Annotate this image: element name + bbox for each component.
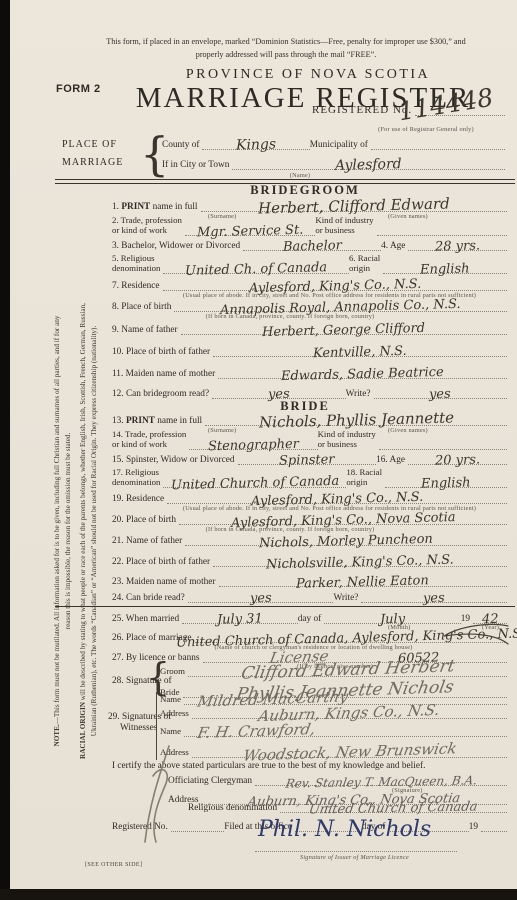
field-24-write-label: Write?: [333, 593, 361, 603]
field-12-label: 12. Can bridegroom read?: [112, 389, 212, 399]
field-11-label: 11. Maiden name of mother: [112, 369, 218, 379]
issuer-signature: Phil. N. Nichols: [258, 819, 431, 841]
marriage-section-divider: [55, 606, 515, 607]
field-18-label: 18. Racialorigin: [346, 467, 385, 488]
field-14-line: Stenographer: [189, 439, 317, 450]
field-4-label: 4. Age: [381, 241, 408, 251]
field-9-label: 9. Name of father: [112, 325, 181, 335]
denomination-label: Religious denomination: [188, 803, 280, 813]
field-7-line: Aylesford, King's Co., N.S.: [163, 280, 507, 291]
margin-racial-line1: RACIAL ORIGIN will be described by stati…: [78, 220, 89, 842]
mail-notice-line1: This form, if placed in an envelope, mar…: [70, 36, 502, 49]
field-19-row: 19. Residence Aylesford, King's Co., N.S…: [112, 489, 507, 504]
witness2-name-line: F. H. Crawford,: [184, 724, 507, 737]
witness1-address-row: Address Auburn, Kings Co., N.S.: [160, 704, 507, 719]
field-17-18-row: 17. Religiousdenomination United Church …: [112, 468, 507, 488]
field-8-label: 8. Place of birth: [112, 302, 174, 312]
place-of-label: PLACE OF: [62, 139, 117, 150]
field-19-line: Aylesford, King's Co., N.S.: [167, 493, 507, 504]
witness2-name-label: Name: [160, 727, 184, 737]
witness2-address-row: Address Woodstock, New Brunswick: [160, 743, 507, 758]
field-5-6-row: 5. Religiousdenomination United Ch. of C…: [112, 254, 507, 274]
field-12-write-line: yes: [374, 388, 508, 399]
field-23-label: 23. Maiden name of mother: [112, 577, 219, 587]
field-6-value: English: [420, 262, 470, 276]
clergyman-signature: Rev. Stanley T. MacQueen, B.A.: [284, 774, 477, 789]
field-7-label: 7. Residence: [112, 281, 163, 291]
footer-year-line: [481, 831, 507, 832]
county-field: Kings: [202, 138, 309, 150]
county-label: County of: [162, 140, 202, 150]
county-value: Kings: [236, 137, 276, 152]
witness1-address-label: Address: [160, 709, 192, 719]
field-24-label: 24. Can bride read?: [112, 593, 188, 603]
field-4-line: 28 yrs.: [408, 240, 507, 251]
field-9-line: Herbert, George Clifford: [181, 324, 507, 335]
field-14-label: 14. Trade, professionor kind of work: [112, 429, 189, 450]
field-4-value: 28 yrs.: [435, 239, 480, 253]
field-16-label: 16. Age: [376, 455, 408, 465]
registered-caption: (For use of Registrar General only): [345, 126, 507, 133]
field-16-line: 20 yrs.: [408, 454, 507, 465]
field-23-row: 23. Maiden name of mother Parker, Nellie…: [112, 572, 507, 587]
field-20-label: 20. Place of birth: [112, 515, 179, 525]
see-other-side-note: [SEE OTHER SIDE]: [85, 862, 142, 868]
field-24-line: yes: [188, 592, 334, 603]
field-24-write-line: yes: [361, 592, 507, 603]
mail-notice-line2: properly addressed will pass through the…: [70, 49, 502, 62]
field-12-write-label: Write?: [346, 389, 374, 399]
field-12-row: 12. Can bridegroom read? yes Write? yes: [112, 384, 507, 399]
footer-year-prefix: 19: [469, 822, 481, 832]
field-13-line: Nichols, Phyllis Jeannette: [205, 413, 507, 426]
field-10-line: Kentville, N.S.: [213, 346, 507, 357]
field-1-row: 1. PRINT name in full Herbert, Clifford …: [112, 196, 507, 212]
field-25-dayof-label: day of: [298, 614, 325, 624]
field-29-label2: Witnesses: [120, 723, 157, 733]
field-14-mid-label: Kind of industryor business: [318, 429, 379, 450]
field-21-line: Nichols, Morley Puncheon: [185, 535, 507, 546]
witness2-name-row: Name F. H. Crawford,: [160, 722, 507, 737]
field-1-label: 1. PRINT name in full: [112, 202, 201, 212]
municipality-field: [371, 149, 505, 150]
city-row: If in City or Town Aylesford: [162, 154, 505, 170]
field-2-line: Mgr. Service St.: [185, 225, 315, 236]
field-22-line: Nicholsville, King's Co., N.S.: [213, 556, 507, 567]
field-1-line: Herbert, Clifford Edward: [201, 199, 508, 212]
mail-notice: This form, if placed in an envelope, mar…: [70, 36, 502, 61]
issuer-signature-caption: Signature of Issuer of Marriage Licence: [300, 854, 409, 861]
field-20-row: 20. Place of birth Aylesford, King's Co.…: [112, 510, 507, 525]
field-3-line: Bachelor: [243, 240, 381, 251]
margin-racial-bold: RACIAL ORIGIN: [79, 702, 87, 759]
field-10-value: Kentville, N.S.: [313, 345, 407, 360]
field-21-label: 21. Name of father: [112, 536, 185, 546]
witness2-address-line: Woodstock, New Brunswick: [192, 745, 507, 758]
field-25-date-line: July 31: [182, 613, 298, 624]
municipality-label: Municipality of: [310, 140, 371, 150]
field-24-row: 24. Can bride read? yes Write? yes: [112, 588, 507, 603]
field-23-line: Parker, Nellie Eaton: [219, 576, 507, 587]
field-3-4-row: 3. Bachelor, Widower or Divorced Bachelo…: [112, 236, 507, 251]
pen-flourish: [430, 620, 512, 670]
margin-note-line1: NOTE.—This form must not be mutilated. A…: [52, 220, 63, 842]
city-value: Aylesford: [335, 157, 402, 173]
issuer-signature-line: [255, 851, 457, 852]
denomination-row: Religious denomination United Church of …: [188, 798, 507, 813]
field-24-write-value: yes: [423, 592, 445, 606]
field-2-label: 2. Trade, professionor kind of work: [112, 215, 185, 236]
field-10-label: 10. Place of birth of father: [112, 347, 213, 357]
field-22-row: 22. Place of birth of father Nicholsvill…: [112, 552, 507, 567]
field-21-row: 21. Name of father Nichols, Morley Punch…: [112, 531, 507, 546]
field-25-date: July 31: [217, 612, 263, 626]
field-8-row: 8. Place of birth Annapolis Royal, Annap…: [112, 297, 507, 312]
field-15-16-row: 15. Spinster, Widow or Divorced Spinster…: [112, 450, 507, 465]
field-7-row: 7. Residence Aylesford, King's Co., N.S.: [112, 276, 507, 291]
field-14-row: 14. Trade, professionor kind of work Ste…: [112, 430, 507, 450]
field-17-line: United Church of Canada: [163, 477, 346, 488]
pencil-flourish: [125, 742, 195, 847]
marriage-label: MARRIAGE: [62, 157, 123, 168]
field-10-row: 10. Place of birth of father Kentville, …: [112, 342, 507, 357]
field-3-label: 3. Bachelor, Widower or Divorced: [112, 241, 243, 251]
field-19-label: 19. Residence: [112, 494, 167, 504]
field-17-label: 17. Religiousdenomination: [112, 467, 163, 488]
field-13-label: 13. PRINT name in full: [112, 416, 205, 426]
witness2-name: F. H. Crawford,: [196, 722, 316, 741]
province-title: PROVINCE OF NOVA SCOTIA: [110, 67, 506, 83]
field-15-line: Spinster: [238, 454, 377, 465]
field-5-label: 5. Religiousdenomination: [112, 253, 163, 274]
groom-label: Groom: [160, 667, 188, 677]
field-11-line: Edwards, Sadie Beatrice: [218, 368, 507, 379]
field-8-line: Annapolis Royal, Annapolis Co., N.S.: [174, 301, 507, 312]
city-field: Aylesford: [232, 158, 505, 170]
field-3-value: Bachelor: [283, 239, 342, 254]
clergyman-line: Rev. Stanley T. MacQueen, B.A.: [255, 776, 507, 786]
field-20-line: Aylesford, King's Co., Nova Scotia: [179, 514, 507, 525]
field-22-label: 22. Place of birth of father: [112, 557, 213, 567]
field-6-line: English: [383, 263, 507, 274]
field-6-label: 6. Racialorigin: [349, 253, 383, 274]
city-name-caption: (Name): [240, 172, 360, 179]
witness1-address-line: Auburn, Kings Co., N.S.: [192, 706, 507, 719]
clergyman-row: Officiating Clergyman Rev. Stanley T. Ma…: [168, 771, 507, 786]
field-15-value: Spinster: [279, 453, 335, 467]
denomination-line: United Church of Canada: [280, 802, 507, 813]
marriage-register-document: NOTE.—This form must not be mutilated. A…: [0, 0, 517, 900]
margin-racial-line2: Ukrainian (Ruthenian), etc. The words “C…: [89, 220, 100, 842]
field-2-row: 2. Trade, professionor kind of work Mgr.…: [112, 216, 507, 236]
field-15-label: 15. Spinster, Widow or Divorced: [112, 455, 238, 465]
witness1-name-row: Name Mildred MacCarthy: [160, 690, 507, 705]
margin-note-line2: reason this is impossible, the reason fo…: [63, 220, 74, 842]
left-black-edge: [0, 0, 10, 900]
field-9-row: 9. Name of father Herbert, George Cliffo…: [112, 320, 507, 335]
field-2-mid-label: Kind of industryor business: [315, 215, 376, 236]
field-5-line: United Ch. of Canada: [163, 263, 349, 274]
city-label: If in City or Town: [162, 160, 232, 170]
field-18-line: English: [385, 477, 507, 488]
field-8-caption: (If born in Canada, province, county. If…: [160, 313, 420, 320]
left-margin-notes: NOTE.—This form must not be mutilated. A…: [52, 220, 100, 842]
field-11-row: 11. Maiden name of mother Edwards, Sadie…: [112, 364, 507, 379]
field-24-read-value: yes: [250, 592, 272, 606]
field-12-line: yes: [212, 388, 346, 399]
field-16-value: 20 yrs.: [435, 453, 480, 467]
form-number: FORM 2: [56, 83, 101, 95]
bottom-black-edge: [0, 889, 517, 900]
margin-note-bold: NOTE.: [53, 724, 61, 746]
field-13-row: 13. PRINT name in full Nichols, Phyllis …: [112, 410, 507, 426]
county-row: County of Kings Municipality of: [162, 134, 505, 150]
field-25-label: 25. When married: [112, 614, 182, 624]
denomination-value: United Church of Canada: [308, 801, 479, 817]
